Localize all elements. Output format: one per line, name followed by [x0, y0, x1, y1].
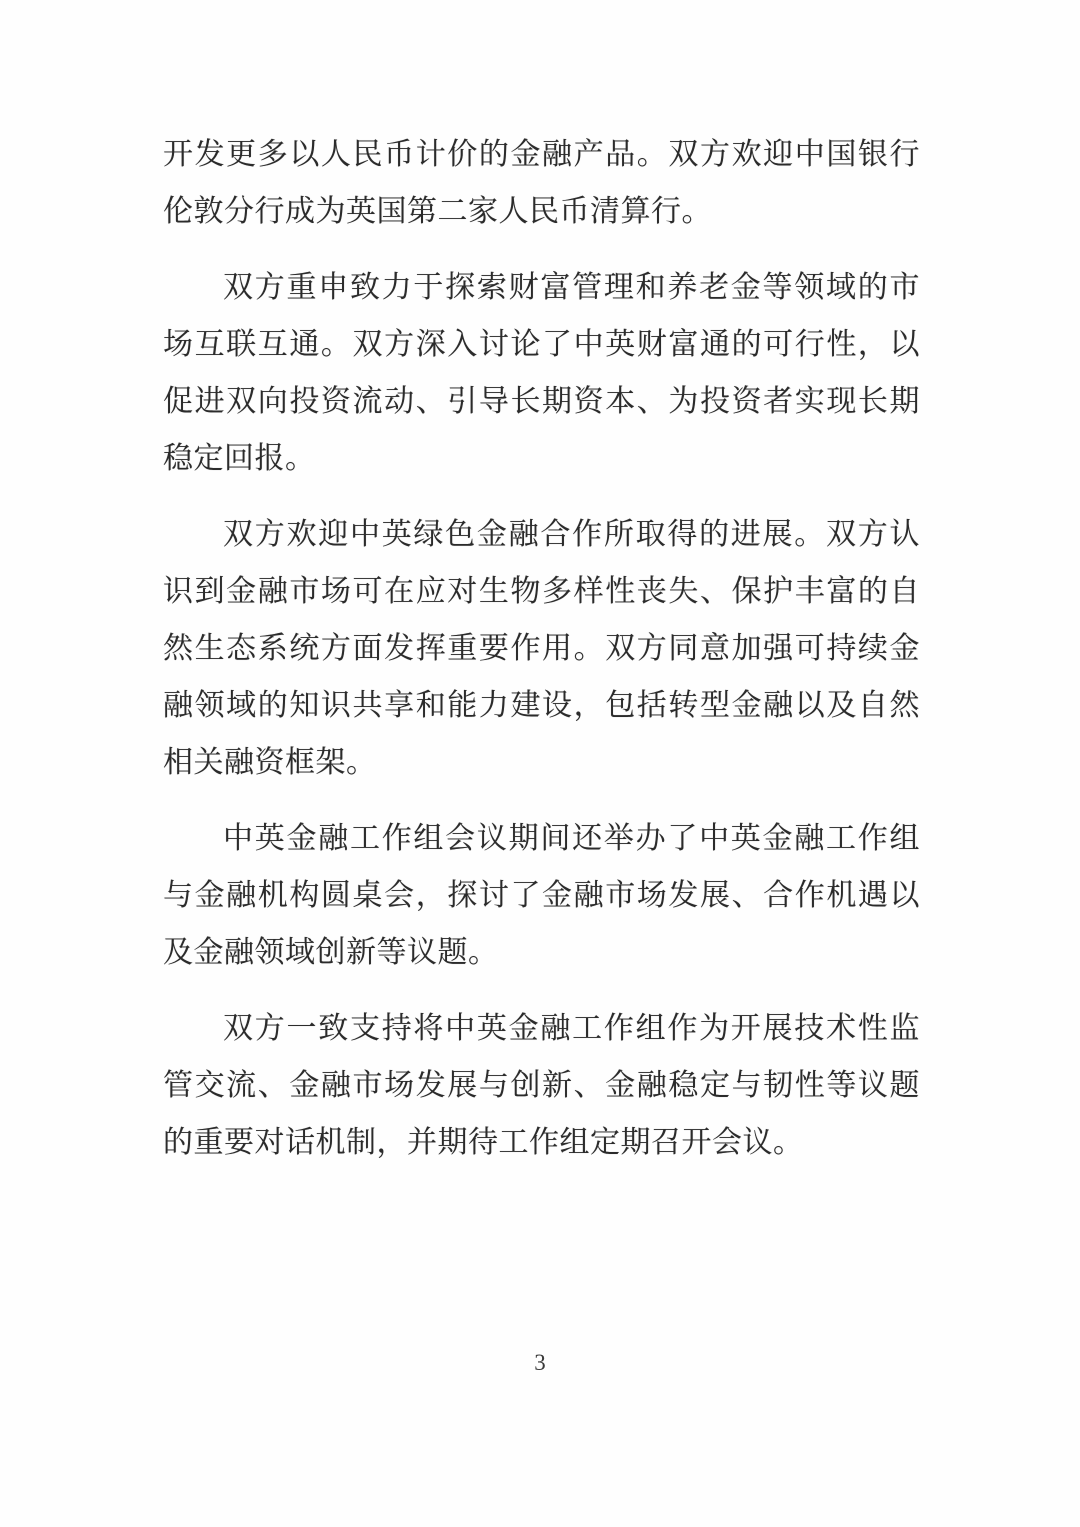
document-page: 开发更多以人民币计价的金融产品。双方欢迎中国银行伦敦分行成为英国第二家人民币清算… [0, 0, 1080, 1527]
paragraph-green-finance: 双方欢迎中英绿色金融合作所取得的进展。双方认识到金融市场可在应对生物多样性丧失、… [163, 506, 920, 791]
document-body: 开发更多以人民币计价的金融产品。双方欢迎中国银行伦敦分行成为英国第二家人民币清算… [163, 126, 920, 1171]
page-number: 3 [0, 1348, 1080, 1378]
paragraph-wealth-connect: 双方重申致力于探索财富管理和养老金等领域的市场互联互通。双方深入讨论了中英财富通… [163, 259, 920, 487]
paragraph-continuation: 开发更多以人民币计价的金融产品。双方欢迎中国银行伦敦分行成为英国第二家人民币清算… [163, 126, 920, 240]
paragraph-roundtable: 中英金融工作组会议期间还举办了中英金融工作组与金融机构圆桌会，探讨了金融市场发展… [163, 810, 920, 981]
paragraph-dialogue-mechanism: 双方一致支持将中英金融工作组作为开展技术性监管交流、金融市场发展与创新、金融稳定… [163, 1000, 920, 1171]
